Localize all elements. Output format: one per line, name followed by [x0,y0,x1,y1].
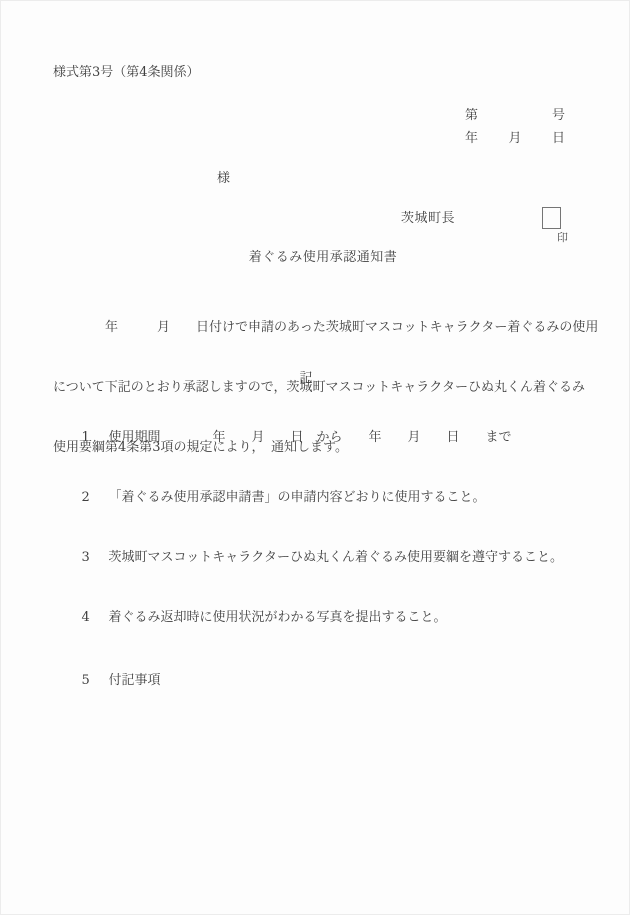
body-paragraph: 年 月 日付けで申請のあった茨城町マスコットキャラクター着ぐるみの使用 について… [53,282,598,494]
list-item-usage-period: 1使用期間 年 月 日 から 年 月 日 まで [65,414,512,462]
item-number: 1 [82,430,109,446]
document-page: 様式第3号（第4条関係） 第 号 年 月 日 様 茨城町長 印 着ぐるみ使用承認… [0,0,630,915]
item-number: 4 [82,610,109,626]
document-title: 着ぐるみ使用承認通知書 [1,250,630,266]
item-number: 2 [82,490,109,506]
seal-mark: 印 [557,231,568,244]
item-text: 付記事項 [109,673,161,688]
item-text: 使用期間 年 月 日 から 年 月 日 まで [109,430,512,445]
date-year-label: 年 [465,131,478,147]
item-text: 茨城町マスコットキャラクターひぬ丸くん着ぐるみ使用要綱を遵守すること。 [109,550,563,565]
form-number: 様式第3号（第4条関係） [53,65,200,81]
item-text: 「着ぐるみ使用承認申請書」の申請内容どおりに使用すること。 [109,490,486,505]
doc-number-prefix: 第 [465,108,478,124]
date-month-label: 月 [508,131,521,147]
date-day-label: 日 [552,131,565,147]
date-row: 年 月 日 [465,131,565,147]
recipient-honorific: 様 [217,171,230,187]
sender-title: 茨城町長 [401,211,455,227]
doc-number-suffix: 号 [552,108,565,124]
seal-box: 印 [542,207,561,229]
list-item-guidelines-compliance: 3茨城町マスコットキャラクターひぬ丸くん着ぐるみ使用要綱を遵守すること。 [65,534,563,582]
body-line-1: 年 月 日付けで申請のあった茨城町マスコットキャラクター着ぐるみの使用 [53,314,598,342]
doc-number-row: 第 号 [465,108,565,124]
list-item-photo-submission: 4着ぐるみ返却時に使用状況がわかる写真を提出すること。 [65,594,447,642]
list-item-application-terms: 2「着ぐるみ使用承認申請書」の申請内容どおりに使用すること。 [65,474,486,522]
item-number: 5 [82,673,109,689]
ki-marker: 記 [1,371,630,387]
item-text: 着ぐるみ返却時に使用状況がわかる写真を提出すること。 [109,610,447,625]
list-item-additional-notes: 5付記事項 [65,657,161,705]
item-number: 3 [82,550,109,566]
